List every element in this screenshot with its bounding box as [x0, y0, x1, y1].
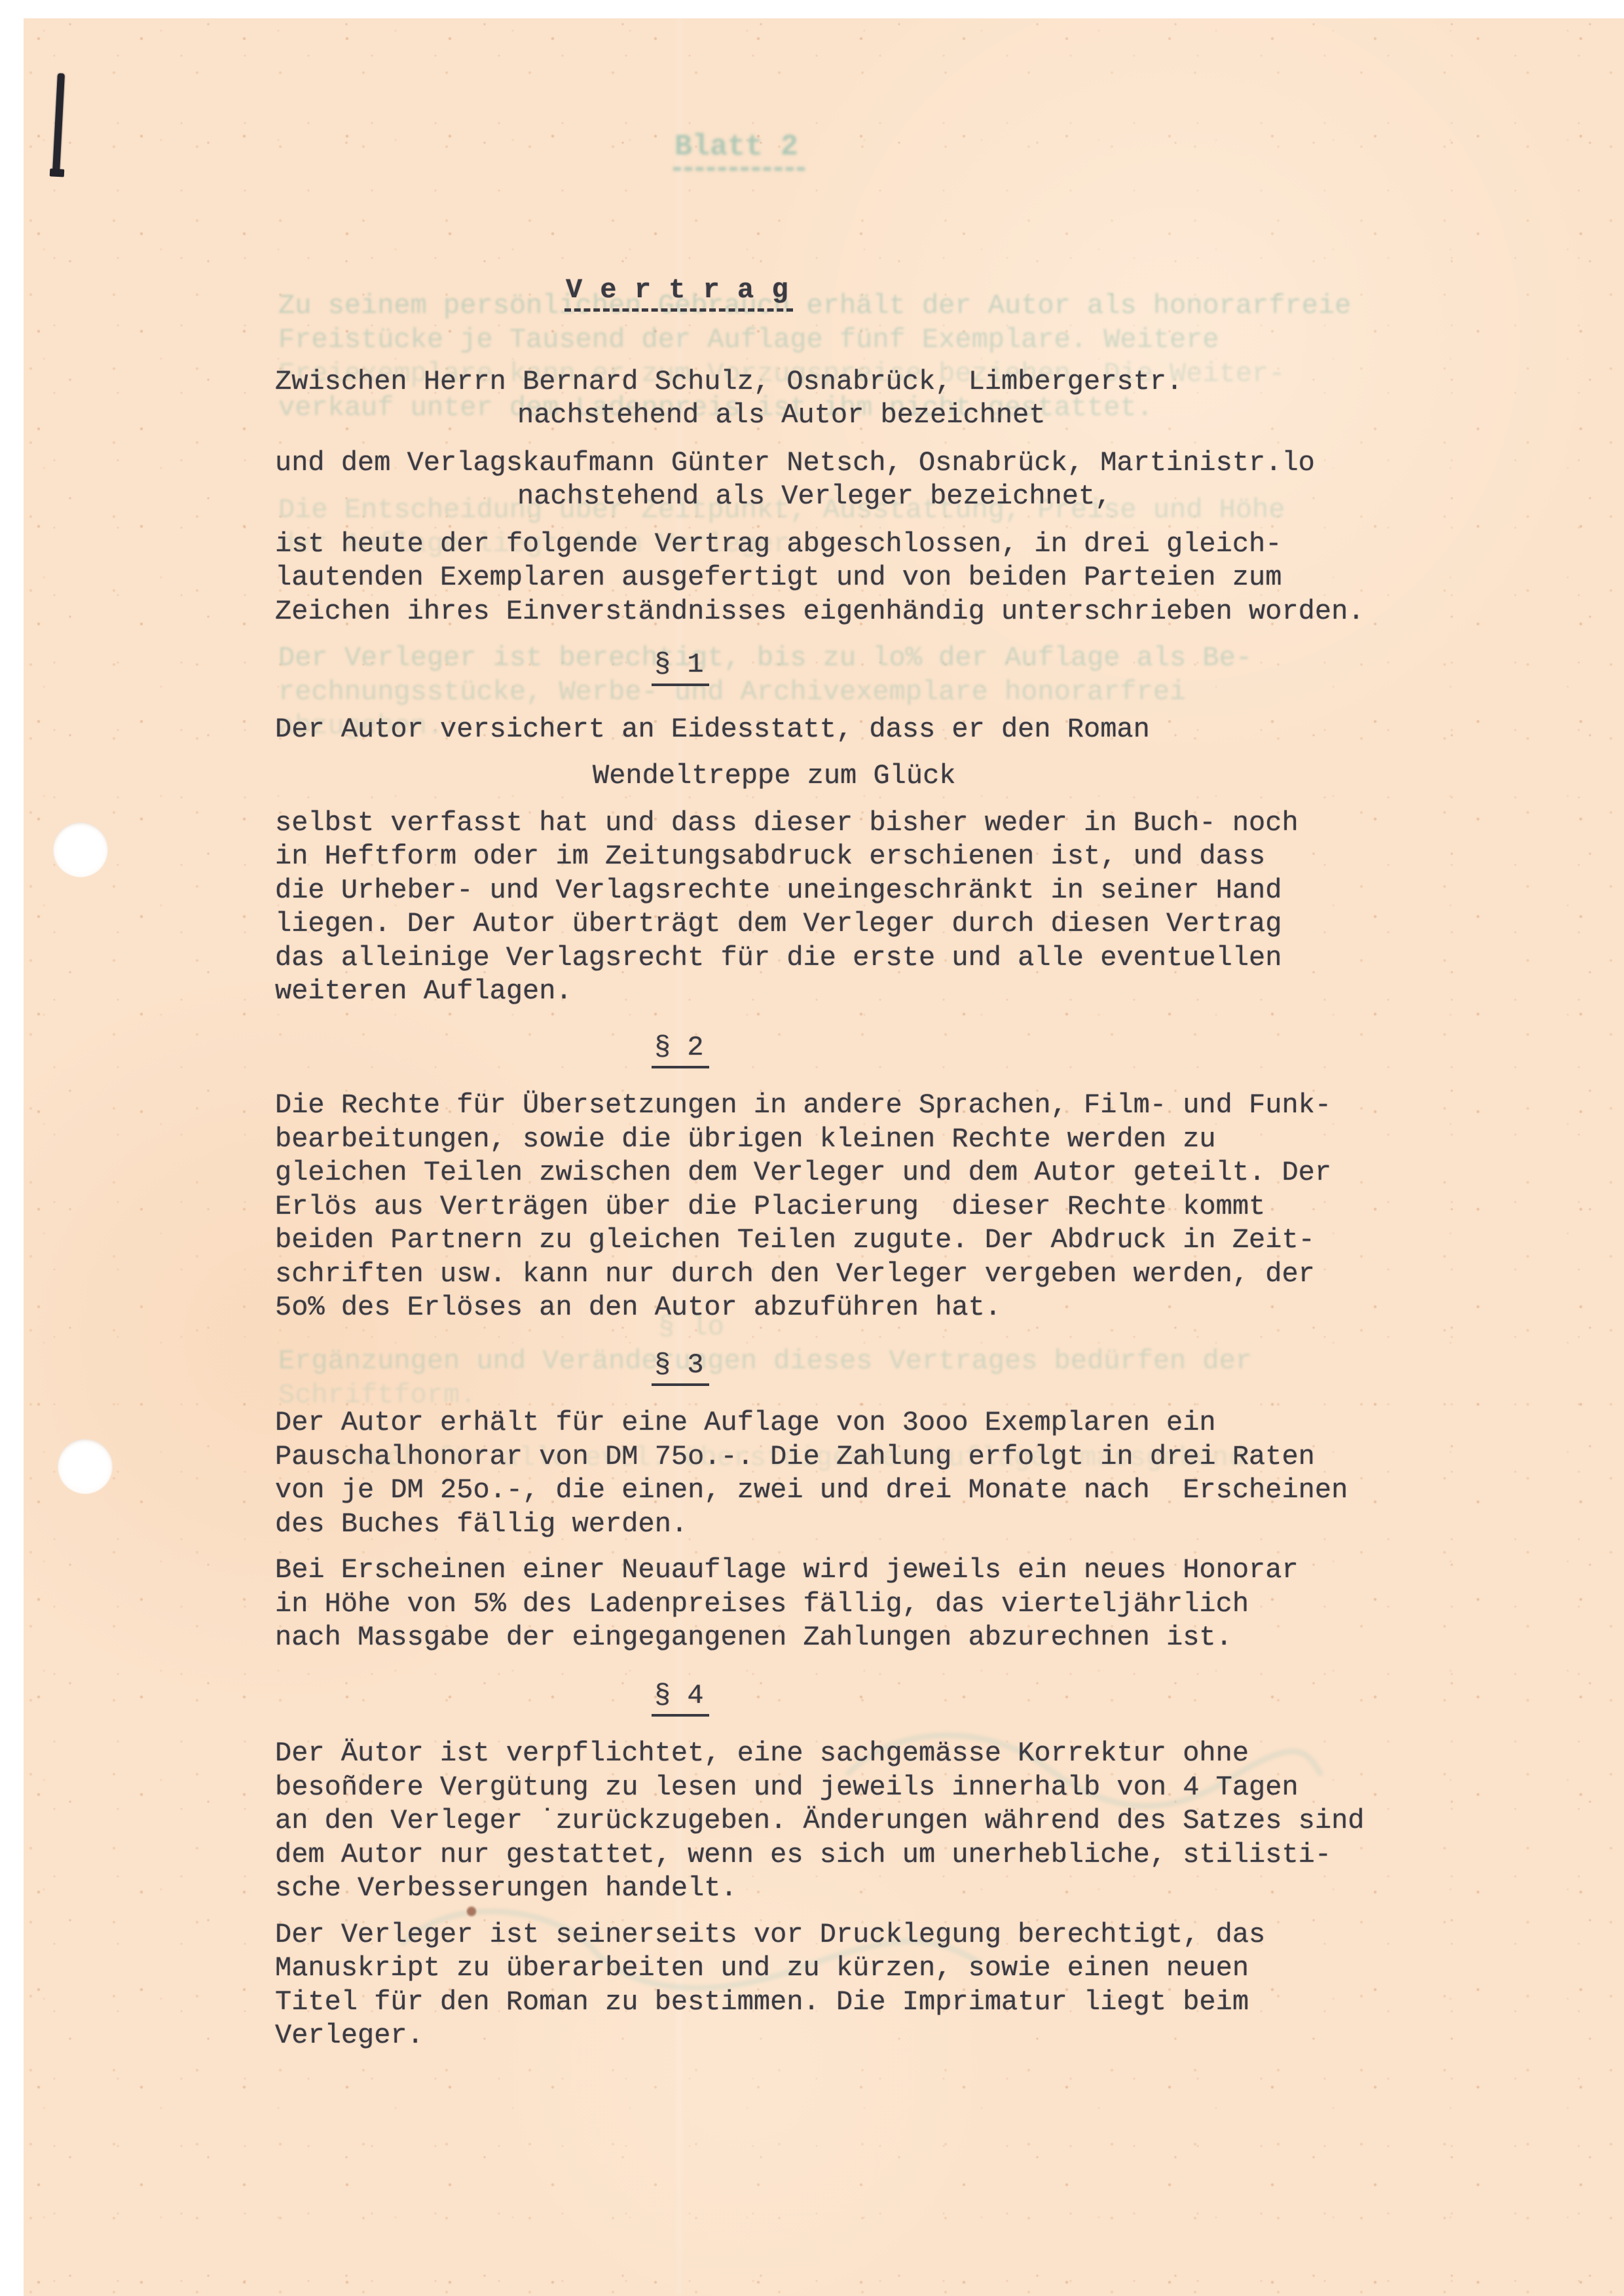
- typed-line: nach Massgabe der eingegangenen Zahlunge…: [275, 1621, 1401, 1655]
- typed-line: Zwischen Herrn Bernard Schulz, Osnabrück…: [275, 365, 1401, 399]
- section-heading: § 1: [652, 648, 709, 686]
- section-1-paragraph: selbst verfasst hat und dass dieser bish…: [275, 807, 1401, 1009]
- contract-title-text: V e r t r a g: [564, 274, 793, 312]
- party-author-block: Zwischen Herrn Bernard Schulz, Osnabrück…: [275, 365, 1401, 433]
- typed-line: und dem Verlagskaufmann Günter Netsch, O…: [275, 446, 1401, 481]
- typed-line: von je DM 25o.-, die einen, zwei und dre…: [275, 1474, 1401, 1508]
- typed-line: beiden Partnern zu gleichen Teilen zugut…: [275, 1224, 1401, 1258]
- punch-hole-bottom: [58, 1439, 113, 1494]
- section-4: § 4: [275, 1679, 1401, 1717]
- typed-line: in Höhe von 5% des Ladenpreises fällig, …: [275, 1588, 1401, 1622]
- paper-sheet: Blatt 2 Zu seinem persönlichen Gebrauch …: [24, 18, 1624, 2296]
- typed-line: besoñdere Vergütung zu lesen und jeweils…: [275, 1771, 1401, 1805]
- section-1: § 1: [275, 648, 1401, 686]
- typed-line: Die Rechte für Übersetzungen in andere S…: [275, 1089, 1401, 1123]
- section-1-paragraph: Der Autor versichert an Eidesstatt, dass…: [275, 713, 1401, 747]
- typed-line: Der Äutor ist verpflichtet, eine sachgem…: [275, 1737, 1401, 1771]
- typed-line: an den Verleger ˙zurückzugeben. Änderung…: [275, 1804, 1401, 1838]
- typed-line: das alleinige Verlagsrecht für die erste…: [275, 941, 1401, 975]
- typed-line: die Urheber- und Verlagsrechte uneingesc…: [275, 874, 1401, 908]
- typed-line: ist heute der folgende Vertrag abgeschlo…: [275, 528, 1401, 562]
- typed-line: schriften usw. kann nur durch den Verleg…: [275, 1258, 1401, 1292]
- contract-body: V e r t r a g Zwischen Herrn Bernard Sch…: [275, 274, 1401, 2053]
- typed-line: Erlös aus Verträgen über die Placierung …: [275, 1190, 1401, 1224]
- section-heading: § 4: [652, 1679, 709, 1717]
- typed-line: in Heftform oder im Zeitungsabdruck ersc…: [275, 840, 1401, 874]
- typed-line: Der Autor versichert an Eidesstatt, dass…: [275, 713, 1401, 747]
- typed-line: sche Verbesserungen handelt.: [275, 1872, 1401, 1906]
- typed-line: lautenden Exemplaren ausgefertigt und vo…: [275, 561, 1401, 595]
- typed-line: Manuskript zu überarbeiten und zu kürzen…: [275, 1952, 1401, 1986]
- section-4-paragraph: Der Äutor ist verpflichtet, eine sachgem…: [275, 1737, 1401, 1906]
- typed-line: Der Verleger ist seinerseits vor Druckle…: [275, 1918, 1401, 1952]
- section-heading: § 3: [652, 1349, 709, 1387]
- scanned-page: Blatt 2 Zu seinem persönlichen Gebrauch …: [0, 0, 1624, 2296]
- typed-line: des Buches fällig werden.: [275, 1508, 1401, 1542]
- typed-line: Bei Erscheinen einer Neuauflage wird jew…: [275, 1554, 1401, 1588]
- section-2-paragraph: Die Rechte für Übersetzungen in andere S…: [275, 1089, 1401, 1325]
- book-title: Wendeltreppe zum Glück: [275, 759, 1401, 793]
- typed-line: bearbeitungen, sowie die übrigen kleinen…: [275, 1123, 1401, 1157]
- section-3-paragraph: Bei Erscheinen einer Neuauflage wird jew…: [275, 1554, 1401, 1655]
- staple-mark: [52, 73, 65, 173]
- typed-line: Der Autor erhält für eine Auflage von 3o…: [275, 1406, 1401, 1440]
- typed-line: Titel für den Roman zu bestimmen. Die Im…: [275, 1986, 1401, 2020]
- preamble-block: ist heute der folgende Vertrag abgeschlo…: [275, 528, 1401, 629]
- section-2: § 2: [275, 1031, 1401, 1069]
- typed-line: selbst verfasst hat und dass dieser bish…: [275, 807, 1401, 841]
- sheet-label-ghost: Blatt 2: [673, 132, 805, 171]
- contract-title: V e r t r a g: [275, 274, 1401, 312]
- section-heading: § 2: [652, 1031, 709, 1069]
- typed-line: 5o% des Erlöses an den Autor abzuführen …: [275, 1291, 1401, 1325]
- typed-line: Verleger.: [275, 2019, 1401, 2053]
- punch-hole-top: [53, 822, 108, 877]
- section-4-paragraph: Der Verleger ist seinerseits vor Druckle…: [275, 1918, 1401, 2053]
- typed-line: gleichen Teilen zwischen dem Verleger un…: [275, 1156, 1401, 1190]
- typed-line: liegen. Der Autor überträgt dem Verleger…: [275, 907, 1401, 941]
- section-3-paragraph: Der Autor erhält für eine Auflage von 3o…: [275, 1406, 1401, 1541]
- book-title-line: Wendeltreppe zum Glück: [275, 759, 1401, 793]
- typed-line: dem Autor nur gestattet, wenn es sich um…: [275, 1838, 1401, 1872]
- typed-line: nachstehend als Verleger bezeichnet,: [275, 480, 1401, 514]
- typed-line: weiteren Auflagen.: [275, 975, 1401, 1009]
- section-3: § 3: [275, 1349, 1401, 1387]
- party-publisher-block: und dem Verlagskaufmann Günter Netsch, O…: [275, 446, 1401, 514]
- typed-line: Pauschalhonorar von DM 75o.-. Die Zahlun…: [275, 1440, 1401, 1474]
- typed-line: nachstehend als Autor bezeichnet: [275, 399, 1401, 433]
- typed-line: Zeichen ihres Einverständnisses eigenhän…: [275, 595, 1401, 629]
